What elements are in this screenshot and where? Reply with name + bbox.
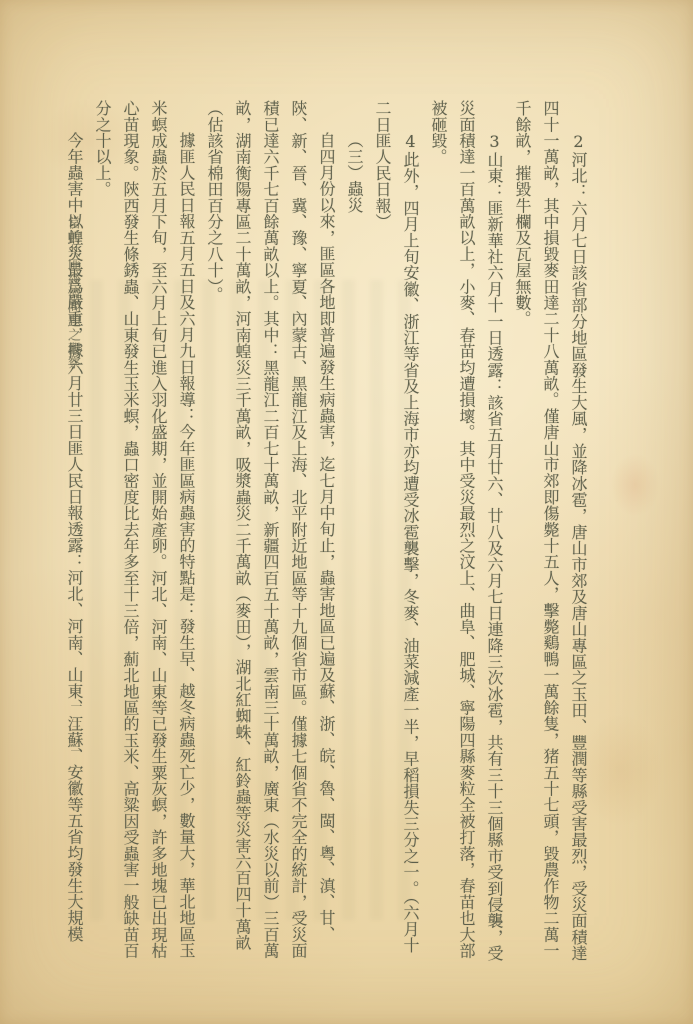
paragraph-insect-plague-characteristics: 據匪人民日報五月五日及六月九日報導：今年匪區病蟲害的特點是：發生早、越冬病蟲死亡…: [88, 100, 200, 962]
document-body: 2河北：六月七日該省部分地區發生大風，並降冰雹，唐山市郊及唐山專區之玉田、豐潤等…: [12, 100, 592, 962]
page-number: 一三三: [68, 700, 85, 760]
numbered-item-4-other-provinces: 4此外，四月上旬安徽、浙江等省及上海市亦均遭受冰雹襲擊，冬麥、油菜減產一半，早稻…: [368, 100, 424, 962]
numbered-item-3-shandong: 3山東：匪新華社六月十一日透露：該省五月廿六、廿八及六月七日連降三次冰雹，共有三…: [424, 100, 508, 962]
document-page: 2河北：六月七日該省部分地區發生大風，並降冰雹，唐山市郊及唐山專區之玉田、豐潤等…: [0, 0, 693, 1024]
running-title: 當前共匪經濟問題之觀察: [63, 216, 82, 370]
paper-stain: [600, 440, 670, 530]
paragraph-insect-plague-extent: 自四月份以來，匪區各地即普遍發生病蟲害，迄七月中旬止，蟲害地區已遍及蘇、浙、皖、…: [200, 100, 340, 962]
numbered-item-2-hebei: 2河北：六月七日該省部分地區發生大風，並降冰雹，唐山市郊及唐山專區之玉田、豐潤等…: [508, 100, 592, 962]
section-heading-insect-plague: （三）蟲災: [340, 100, 368, 962]
